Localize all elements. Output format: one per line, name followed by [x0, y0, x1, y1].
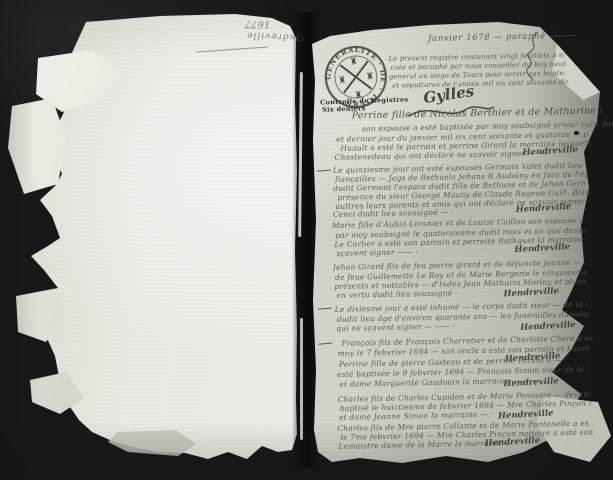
month-header: Janvier 1678 — paraphé ———: [428, 31, 576, 44]
manuscript-text: Janvier 1678 — paraphé ——— Le présent re…: [0, 0, 613, 480]
signature-hendreville: Hendreville: [503, 286, 559, 299]
archive-scan: Ondreville 1677 GENERALITE · DE · TOVRS …: [0, 0, 613, 480]
manuscript-line: qui ne sçavent signer — —— ·: [336, 322, 455, 333]
signature-hendreville: Hendreville: [503, 376, 559, 389]
manuscript-line: Cenci dudit lieu soussigné — ·: [333, 208, 454, 219]
manuscript-line: et sépultures de l'année mil six cent so…: [392, 79, 568, 90]
signature-hendreville: Hendreville: [520, 320, 576, 333]
signature-flourish-icon: [404, 101, 496, 123]
signature-hendreville: Hendreville: [514, 242, 570, 255]
signature-hendreville: Hendreville: [515, 202, 571, 215]
signature-hendreville: Hendreville: [522, 145, 578, 158]
manuscript-line: sçavent signer —— ·: [337, 248, 418, 258]
signature-hendreville: Hendreville: [498, 408, 554, 421]
signature-hendreville: Hendreville: [484, 436, 540, 449]
manuscript-line: en vertu dudit lieu soussigné ·: [336, 289, 457, 300]
